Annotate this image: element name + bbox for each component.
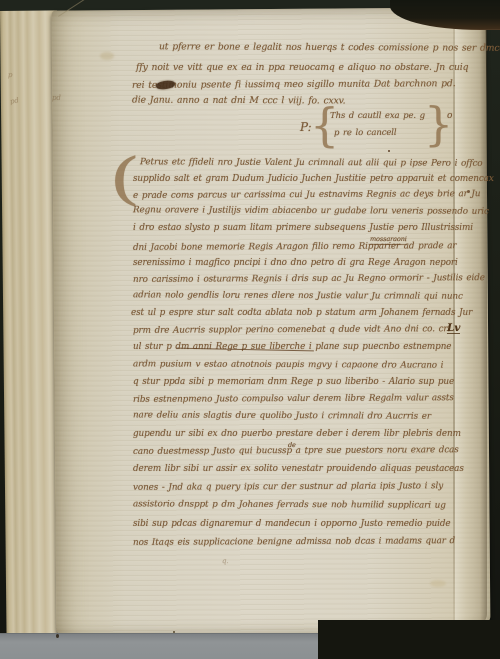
text-line: nare deliu anis slagtis dure quolibo Jus…	[133, 410, 431, 421]
manuscript-photo: ut pferre er bone e legalit nos huerqs t…	[0, 0, 500, 659]
text-line: gupendu ur sibi ex dno puerbo prestare d…	[133, 429, 461, 439]
notarial-line: p re lo cancell	[334, 128, 397, 138]
text-line: nos Itaqs eis supplicacione benigne admi…	[133, 536, 455, 548]
handwriting-layer: ut pferre er bone e legalit nos huerqs t…	[0, 0, 500, 659]
text-line: dni Jacobi bone memorie Regis Aragon fil…	[133, 241, 457, 253]
margin-scribble: pd	[52, 93, 61, 103]
text-line: ardm pusium v estao atnotnois paupis mgv…	[133, 359, 443, 370]
text-line: sibi sup pdcas dignaremur d mandecun i o…	[133, 519, 451, 529]
margin-mark-lv: Lv	[447, 323, 460, 334]
interlinear-correction: mossaraoni	[370, 234, 407, 245]
text-line: Regnu oravere i Justilijs vidim abiacenb…	[133, 205, 489, 217]
text-line: supplido salt et gram Dudum Judicio Juch…	[133, 174, 494, 184]
text-line: ffy noit ve vitt que ex ea in ppa reuoca…	[136, 63, 468, 73]
open-brace-flourish: {	[310, 101, 339, 149]
catchword-mark: q.	[222, 556, 229, 566]
text-line: vones - Jnd aka q puery ipis cur der sus…	[133, 481, 443, 493]
margin-scribble: pd	[9, 95, 19, 106]
close-brace-flourish: }	[424, 100, 453, 148]
text-line: rei testimoniu psente fi iussimq meo sig…	[132, 79, 456, 91]
text-line: est ul p espre stur salt codta ablata no…	[131, 308, 472, 318]
interlinear-insertion: de	[288, 440, 296, 450]
text-line: Petrus etc ffideli nro Justie Valent Ju …	[140, 157, 483, 168]
text-line: serenissimo i magfico pncipi i dno dno p…	[133, 258, 458, 268]
notarial-line: Ths d cautll exa pe. g	[330, 111, 425, 121]
text-line: q stur ppda sibi p memoriam dnm Rege p s…	[133, 377, 454, 387]
margin-scribble: p	[8, 70, 12, 80]
text-line: ribs estnenpmeno Justo compulso valur de…	[133, 393, 454, 405]
text-line: e prade coms parcus ur carissima cui Ju …	[133, 189, 480, 201]
brace-tail-flourish: o	[447, 111, 452, 121]
text-line: i dro estao slysto p suam litam primere …	[133, 223, 473, 233]
text-line: nro carissimo i osturarms Regnis i dris …	[133, 273, 485, 285]
text-line: ut pferre er bone e legalit nos huerqs t…	[159, 42, 500, 54]
text-line: adrian nolo gendlis loru renes dlere nos…	[133, 290, 463, 301]
text-line: assistorio dnsppt p dm Johanes ferrads s…	[133, 499, 446, 510]
text-line: prm dre Aucrris supplor perino comenebat…	[133, 324, 450, 336]
text-line: derem libr sibi ur assir ex solito venes…	[133, 464, 464, 474]
